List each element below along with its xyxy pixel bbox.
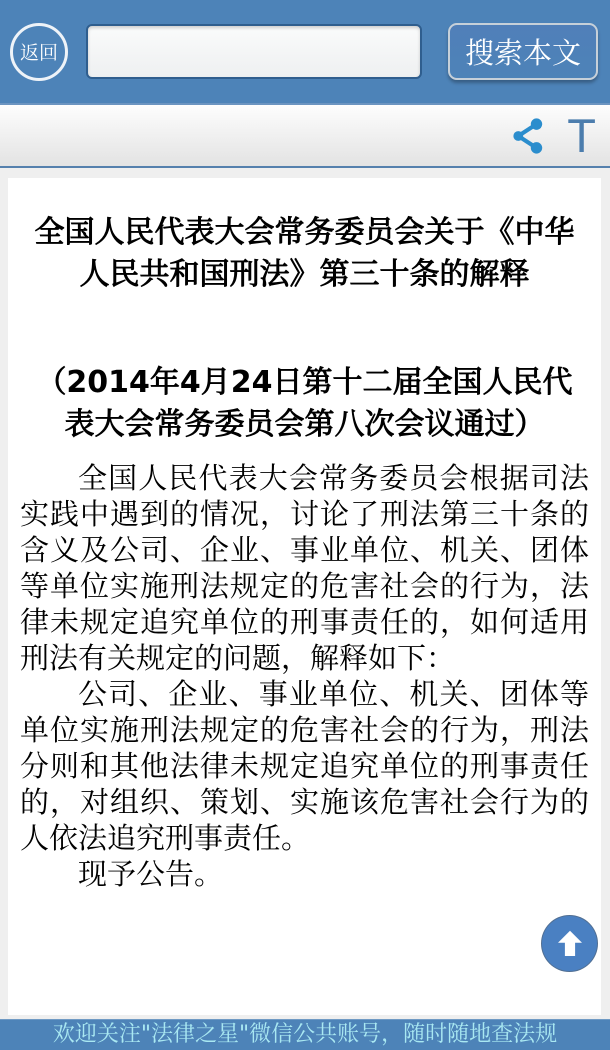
share-button[interactable]	[505, 112, 549, 160]
scroll-to-top-button[interactable]	[541, 915, 598, 972]
document-title: 全国人民代表大会常务委员会关于《中华人民共和国刑法》第三十条的解释	[26, 212, 583, 296]
document-meta: （2014年4月24日第十二届全国人民代表大会常务委员会第八次会议通过）	[22, 362, 587, 446]
share-icon	[508, 115, 546, 157]
footer-bar[interactable]: 欢迎关注"法律之星"微信公共账号，随时随地查法规	[0, 1019, 610, 1050]
search-document-button[interactable]: 搜索本文	[448, 23, 598, 80]
footer-notice: 欢迎关注"法律之星"微信公共账号，随时随地查法规	[53, 1024, 557, 1046]
top-bar: 返回 搜索本文	[0, 0, 610, 103]
back-button-label: 返回	[20, 38, 58, 65]
paragraph-2: 公司、企业、事业单位、机关、团体等单位实施刑法规定的危害社会的行为，刑法分则和其…	[20, 676, 589, 856]
paragraph-3: 现予公告。	[20, 856, 589, 892]
document-card: 全国人民代表大会常务委员会关于《中华人民共和国刑法》第三十条的解释 （2014年…	[8, 178, 601, 1015]
up-arrow-icon	[552, 926, 588, 962]
back-button[interactable]: 返回	[10, 23, 68, 81]
secondary-toolbar: T	[0, 103, 610, 168]
document-body: 全国人民代表大会常务委员会根据司法实践中遇到的情况，讨论了刑法第三十条的含义及公…	[20, 460, 589, 892]
search-input[interactable]	[86, 24, 422, 79]
paragraph-1: 全国人民代表大会常务委员会根据司法实践中遇到的情况，讨论了刑法第三十条的含义及公…	[20, 460, 589, 676]
text-size-button[interactable]: T	[567, 112, 596, 159]
